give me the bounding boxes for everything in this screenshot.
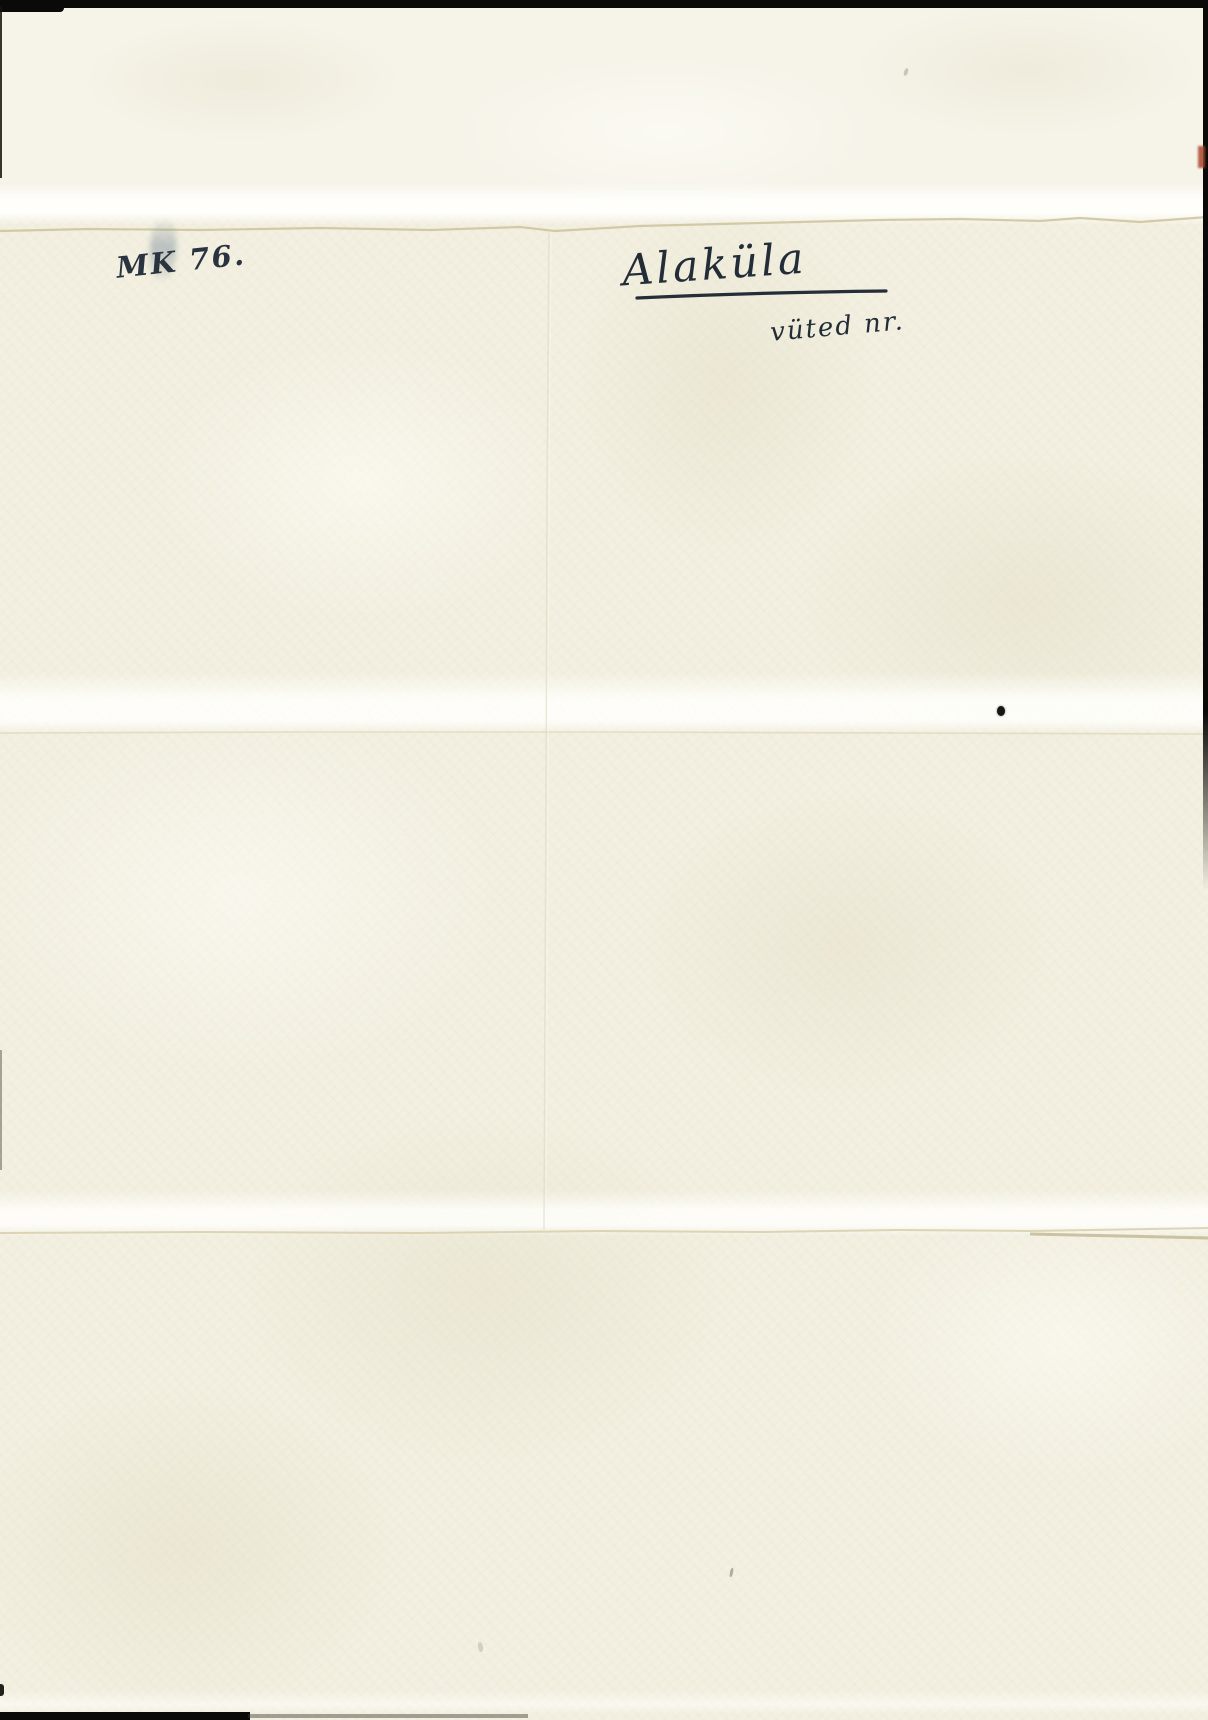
- fold-highlight-band-middle: [0, 672, 1208, 734]
- ink-dot: [997, 706, 1005, 716]
- scanner-edge-top-left: [0, 0, 64, 12]
- fold-highlight-band-lower: [0, 1190, 1208, 1236]
- scanner-edge-top: [0, 0, 1208, 8]
- handwritten-note: vüted nr.: [769, 306, 906, 348]
- scanner-edge-left-nub: [0, 1684, 4, 1696]
- red-edge-mark: [1198, 146, 1205, 168]
- fold-highlight-band-top: [0, 183, 1208, 225]
- handwritten-code: MK 76.: [115, 237, 248, 284]
- scanner-edge-left-middle: [0, 1050, 2, 1170]
- scanner-edge-bottom: [0, 1712, 250, 1720]
- scanned-document-page: MK 76. Alaküla vüted nr.: [0, 0, 1208, 1720]
- handwritten-title: Alaküla: [620, 234, 808, 297]
- scanner-edge-right: [1203, 0, 1208, 890]
- scanner-edge-left-upper: [0, 6, 2, 178]
- paper-speck: [477, 1642, 484, 1653]
- fold-highlight-band-bottom: [0, 1690, 1208, 1714]
- scanner-edge-bottom-fade: [248, 1714, 528, 1718]
- paper-speck: [729, 1568, 734, 1577]
